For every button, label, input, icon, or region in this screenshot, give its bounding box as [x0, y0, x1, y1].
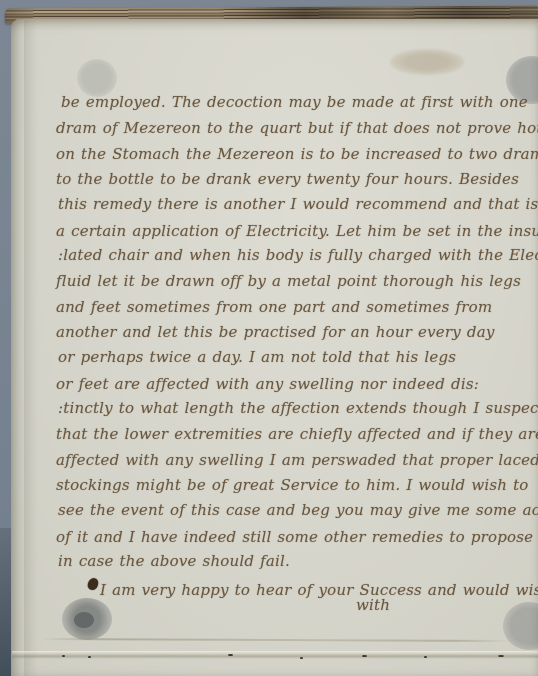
manuscript-line: :lated chair and when his body is fully …	[58, 243, 520, 269]
ink-speck	[362, 655, 367, 657]
ink-speck	[88, 656, 91, 658]
manuscript-line: fluid let it be drawn off by a metal poi…	[56, 269, 518, 295]
manuscript-line: on the Stomach the Mezereon is to be inc…	[56, 142, 518, 168]
ink-speck	[62, 655, 65, 657]
manuscript-line: or feet are affected with any swelling n…	[56, 372, 518, 398]
faded-pencil-smudge	[390, 49, 464, 75]
scanned-manuscript-page: be employed. The decoction may be made a…	[0, 0, 538, 676]
manuscript-line: that the lower extremities are chiefly a…	[56, 422, 518, 448]
fold-line	[12, 651, 538, 659]
manuscript-line: dram of Mezereon to the quart but if tha…	[56, 116, 518, 142]
manuscript-line: be employed. The decoction may be made a…	[58, 90, 520, 116]
ink-speck	[300, 657, 303, 659]
manuscript-line: and feet sometimes from one part and som…	[56, 295, 518, 321]
ink-speck	[228, 654, 233, 656]
manuscript-line: :tinctly to what length the affection ex…	[58, 396, 520, 422]
manuscript-line: in case the above should fail.	[58, 549, 520, 575]
manuscript-line: I am very happy to hear of your Success …	[56, 578, 518, 604]
manuscript-line: this remedy there is another I would rec…	[58, 192, 520, 218]
manuscript-line: a certain application of Electricity. Le…	[56, 219, 518, 245]
letter-text: be employed. The decoction may be made a…	[56, 90, 518, 619]
manuscript-line: see the event of this case and beg you m…	[58, 498, 520, 524]
manuscript-line: affected with any swelling I am perswade…	[56, 448, 518, 474]
manuscript-line: of it and I have indeed still some other…	[56, 525, 518, 551]
manuscript-line: or perhaps twice a day. I am not told th…	[58, 345, 520, 371]
manuscript-line: to the bottle to be drank every twenty f…	[56, 167, 518, 193]
manuscript-line: stockings might be of great Service to h…	[56, 473, 518, 499]
paper-gutter-shadow	[24, 20, 38, 676]
ink-speck	[498, 655, 504, 657]
ink-speck	[424, 656, 427, 658]
manuscript-line: another and let this be practised for an…	[56, 320, 518, 346]
